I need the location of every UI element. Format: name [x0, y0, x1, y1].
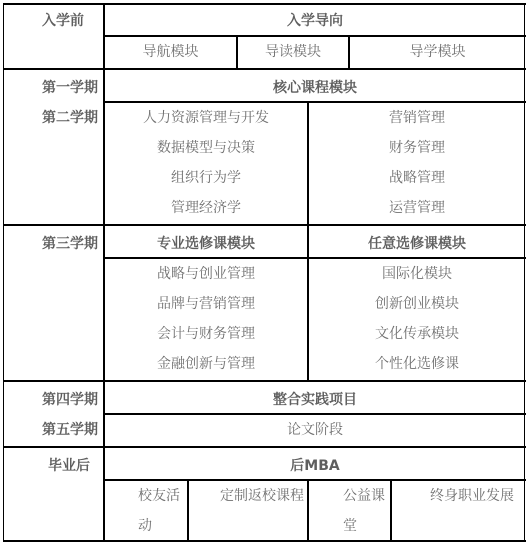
post-mba-item-lifelong-line1: 终身职业发展: [430, 481, 524, 511]
post-mba-item-public-line1: 公益课: [343, 481, 389, 511]
row-divider-4: [3, 380, 526, 382]
core-course: 营销管理: [309, 103, 525, 133]
elective-course: 战略与创业管理: [105, 259, 307, 289]
elective-course: 品牌与营销管理: [105, 289, 307, 319]
term-label-5: 第五学期: [4, 419, 98, 439]
elective-course: 会计与财务管理: [105, 319, 307, 349]
postmba-split-2: [307, 479, 309, 542]
term-label-pre-enrollment: 入学前: [4, 10, 84, 30]
module-thesis: 论文阶段: [105, 415, 525, 445]
row-divider-1: [3, 68, 526, 70]
term-label-3: 第三学期: [4, 233, 98, 253]
elective-course: 创新创业模块: [309, 289, 525, 319]
elective-course: 国际化模块: [309, 259, 525, 289]
module-post-mba-header: 后MBA: [105, 455, 525, 475]
core-course: 运营管理: [309, 193, 525, 223]
orientation-item-learning: 导学模块: [350, 37, 525, 67]
core-course: 财务管理: [309, 133, 525, 163]
post-mba-item-alumni: 校友活 动: [138, 481, 186, 541]
border-bottom: [3, 540, 526, 542]
elective-course: 金融创新与管理: [105, 349, 307, 379]
term-label-2: 第二学期: [4, 107, 98, 127]
module-orientation-header: 入学导向: [105, 10, 525, 30]
row-divider-3: [3, 224, 526, 226]
post-mba-item-custom-courses: 定制返校课程: [220, 481, 306, 511]
post-mba-item-alumni-line2: 动: [138, 511, 186, 541]
postmba-split-3: [390, 479, 392, 542]
post-mba-item-public-class: 公益课 堂: [343, 481, 389, 541]
module-core-header: 核心课程模块: [105, 77, 525, 97]
term-label-post-graduation: 毕业后: [4, 455, 90, 475]
elective-course: 文化传承模块: [309, 319, 525, 349]
core-course: 数据模型与决策: [105, 133, 307, 163]
term-label-4: 第四学期: [4, 389, 98, 409]
post-mba-item-alumni-line1: 校友活: [138, 481, 186, 511]
border-top: [3, 3, 526, 5]
elective-course: 个性化选修课: [309, 349, 525, 379]
term-label-1: 第一学期: [4, 77, 98, 97]
core-course: 战略管理: [309, 163, 525, 193]
module-free-elective-header: 任意选修课模块: [309, 233, 525, 253]
curriculum-table: 入学前 入学导向 导航模块 导读模块 导学模块 第一学期 第二学期 核心课程模块…: [0, 0, 529, 544]
orientation-item-reading: 导读模块: [238, 37, 348, 67]
row-divider-5: [3, 446, 526, 448]
module-integrated-practice: 整合实践项目: [105, 389, 525, 409]
module-professional-elective-header: 专业选修课模块: [105, 233, 307, 253]
core-course: 人力资源管理与开发: [105, 103, 307, 133]
postmba-split-1: [187, 479, 189, 542]
post-mba-item-custom-line1: 定制返校课程: [220, 481, 306, 511]
post-mba-item-lifelong-career: 终身职业发展: [430, 481, 524, 511]
core-course: 组织行为学: [105, 163, 307, 193]
core-course: 管理经济学: [105, 193, 307, 223]
orientation-item-navigation: 导航模块: [105, 37, 236, 67]
post-mba-item-public-line2: 堂: [343, 511, 389, 541]
